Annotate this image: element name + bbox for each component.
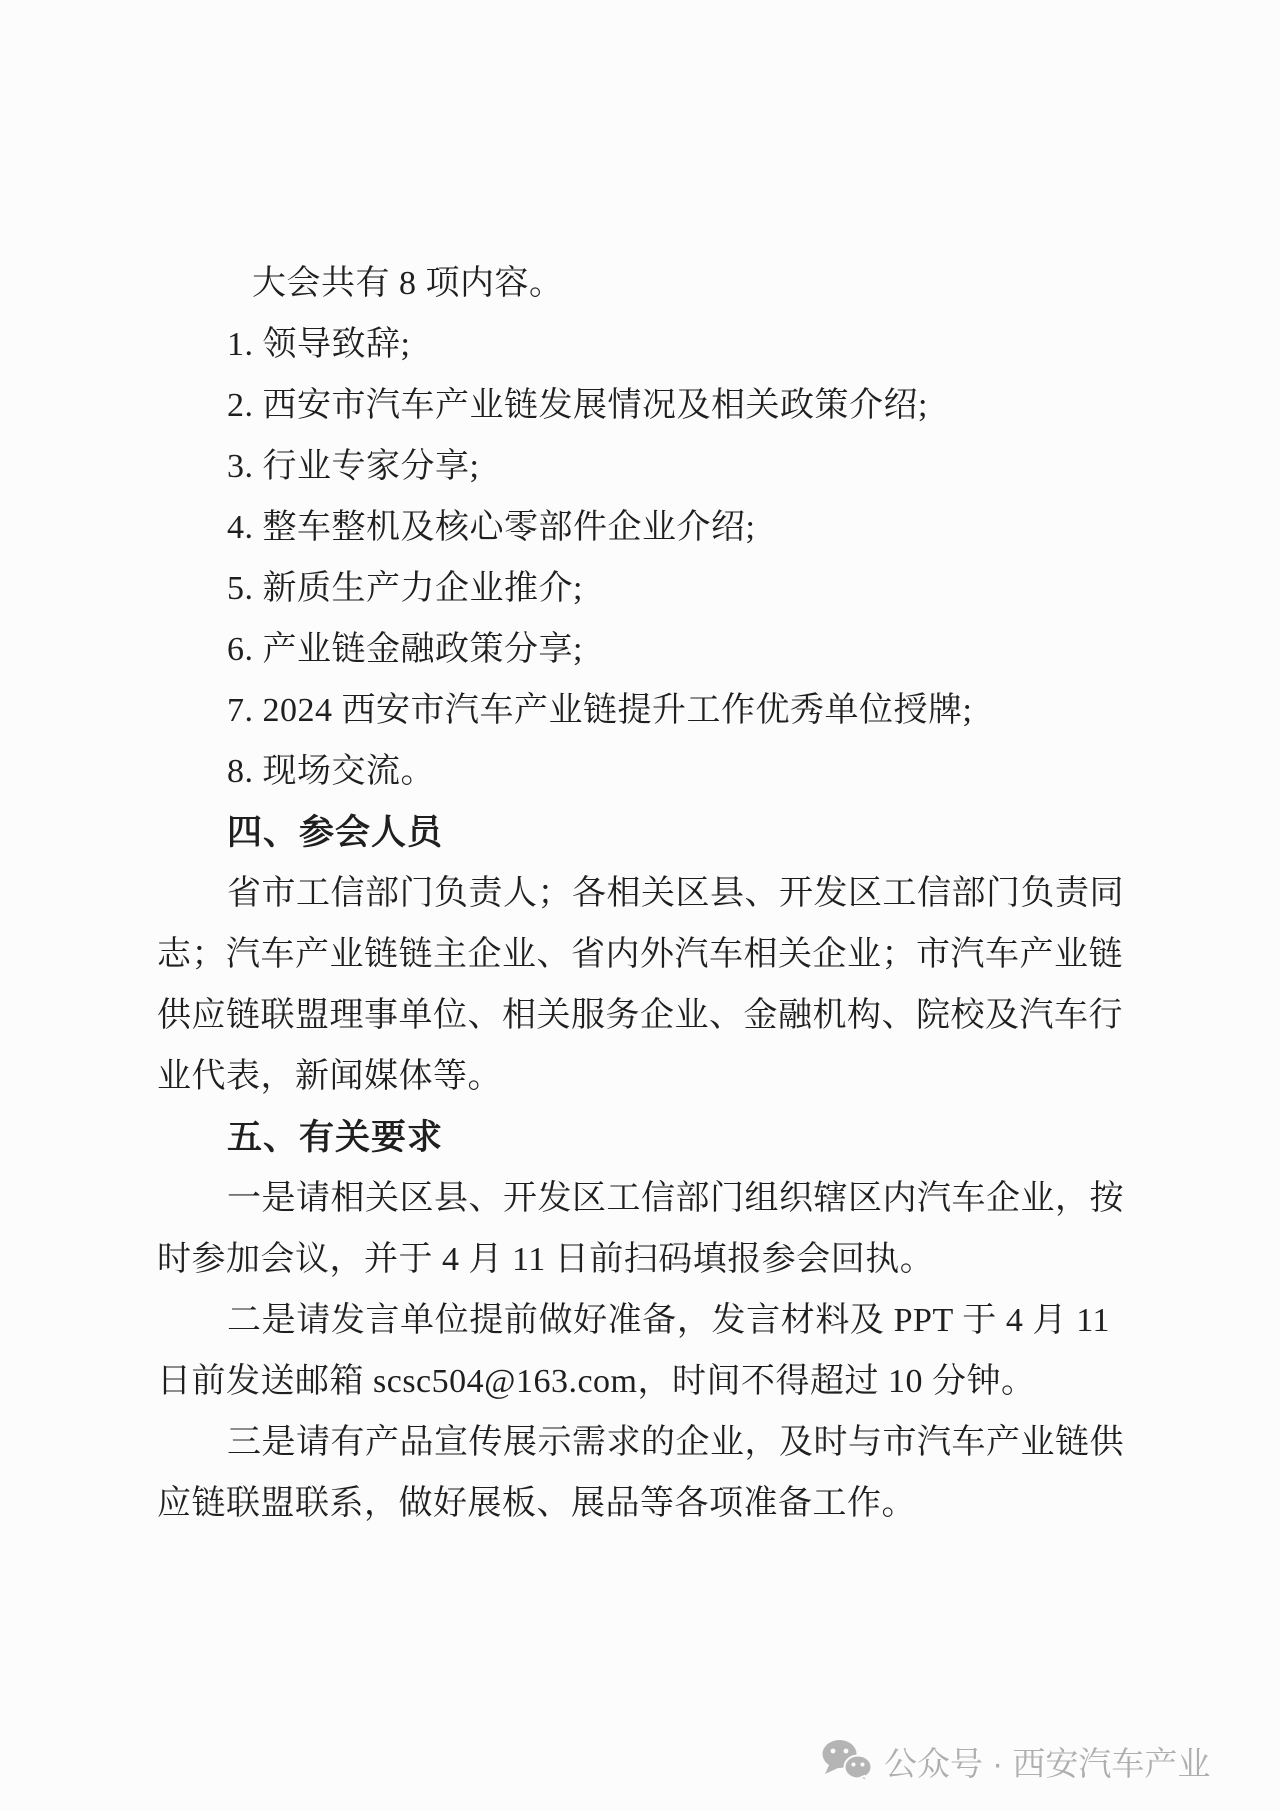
agenda-item-2: 2. 西安市汽车产业链发展情况及相关政策介绍; [157,375,1110,436]
section-heading-requirements: 五、有关要求 [157,1107,1110,1168]
section-heading-attendees: 四、参会人员 [157,802,1110,863]
attendees-body-line: 省市工信部门负责人；各相关区县、开发区工信部门负责同 [157,863,1110,924]
requirement-1-line: 一是请相关区县、开发区工信部门组织辖区内汽车企业，按 [157,1168,1110,1229]
requirement-2-line: 二是请发言单位提前做好准备，发言材料及 PPT 于 4 月 11 [157,1290,1110,1351]
agenda-item-5: 5. 新质生产力企业推介; [157,558,1110,619]
footer-label: 公众号 · 西安汽车产业 [884,1738,1210,1785]
intro-line: 大会共有 8 项内容。 [157,253,1110,314]
attendees-body-line: 供应链联盟理事单位、相关服务企业、金融机构、院校及汽车行 [157,985,1110,1046]
wechat-footer: 公众号 · 西安汽车产业 [822,1736,1210,1786]
attendees-body-line: 志；汽车产业链链主企业、省内外汽车相关企业；市汽车产业链 [157,924,1110,985]
agenda-item-6: 6. 产业链金融政策分享; [157,619,1110,680]
document-body: 大会共有 8 项内容。 1. 领导致辞; 2. 西安市汽车产业链发展情况及相关政… [157,253,1110,1534]
document-page: 大会共有 8 项内容。 1. 领导致辞; 2. 西安市汽车产业链发展情况及相关政… [0,0,1280,1811]
agenda-item-3: 3. 行业专家分享; [157,436,1110,497]
agenda-item-8: 8. 现场交流。 [157,741,1110,802]
requirement-1-line: 时参加会议，并于 4 月 11 日前扫码填报参会回执。 [157,1229,1110,1290]
requirement-3-line: 三是请有产品宣传展示需求的企业，及时与市汽车产业链供 [157,1412,1110,1473]
agenda-item-1: 1. 领导致辞; [157,314,1110,375]
requirement-3-line: 应链联盟联系，做好展板、展品等各项准备工作。 [157,1473,1110,1534]
attendees-body-line: 业代表，新闻媒体等。 [157,1046,1110,1107]
agenda-item-7: 7. 2024 西安市汽车产业链提升工作优秀单位授牌; [157,680,1110,741]
requirement-2-line: 日前发送邮箱 scsc504@163.com，时间不得超过 10 分钟。 [157,1351,1110,1412]
wechat-icon [822,1740,872,1782]
agenda-item-4: 4. 整车整机及核心零部件企业介绍; [157,497,1110,558]
